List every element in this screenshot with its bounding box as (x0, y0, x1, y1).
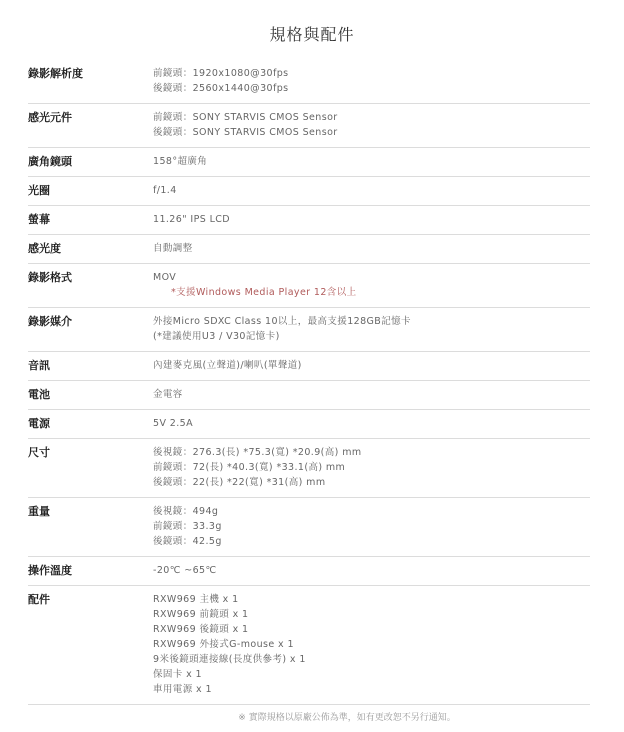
spec-values: MOV *支援Windows Media Player 12含以上 (153, 270, 590, 300)
spec-label: 重量 (28, 504, 153, 549)
spec-value: 前鏡頭：1920x1080@30fps (153, 66, 590, 81)
spec-label: 尺寸 (28, 445, 153, 490)
spec-label: 光圈 (28, 183, 153, 198)
spec-row-accessories: 配件 RXW969 主機 x 1 RXW969 前鏡頭 x 1 RXW969 後… (28, 586, 590, 705)
spec-row-weight: 重量 後視鏡：494g 前鏡頭：33.3g 後鏡頭：42.5g (28, 498, 590, 557)
spec-value: RXW969 外接式G-mouse x 1 (153, 637, 590, 652)
spec-values: -20℃ ~65℃ (153, 563, 590, 578)
spec-value: 158°超廣角 (153, 154, 590, 169)
spec-value: RXW969 主機 x 1 (153, 592, 590, 607)
spec-note: *支援Windows Media Player 12含以上 (153, 285, 590, 300)
spec-value: RXW969 後鏡頭 x 1 (153, 622, 590, 637)
spec-values: 前鏡頭：SONY STARVIS CMOS Sensor 後鏡頭：SONY ST… (153, 110, 590, 140)
spec-value: 5V 2.5A (153, 416, 590, 431)
spec-values: 前鏡頭：1920x1080@30fps 後鏡頭：2560x1440@30fps (153, 66, 590, 96)
spec-value: 金電容 (153, 387, 590, 402)
spec-value: 後鏡頭：SONY STARVIS CMOS Sensor (153, 125, 590, 140)
spec-label: 操作溫度 (28, 563, 153, 578)
spec-value: 前鏡頭：SONY STARVIS CMOS Sensor (153, 110, 590, 125)
spec-row-temperature: 操作溫度 -20℃ ~65℃ (28, 557, 590, 586)
spec-row-screen: 螢幕 11.26" IPS LCD (28, 206, 590, 235)
spec-label: 感光元件 (28, 110, 153, 140)
spec-values: 金電容 (153, 387, 590, 402)
spec-value: 後視鏡：276.3(長) *75.3(寬) *20.9(高) mm (153, 445, 590, 460)
spec-row-battery: 電池 金電容 (28, 381, 590, 410)
spec-row-audio: 音訊 內建麥克風(立聲道)/喇叭(單聲道) (28, 352, 590, 381)
spec-label: 感光度 (28, 241, 153, 256)
spec-value: (*建議使用U3 / V30記憶卡) (153, 329, 590, 344)
spec-value: 前鏡頭：72(長) *40.3(寬) *33.1(高) mm (153, 460, 590, 475)
spec-table: 錄影解析度 前鏡頭：1920x1080@30fps 後鏡頭：2560x1440@… (28, 60, 590, 705)
spec-values: RXW969 主機 x 1 RXW969 前鏡頭 x 1 RXW969 後鏡頭 … (153, 592, 590, 697)
spec-label: 錄影解析度 (28, 66, 153, 96)
spec-label: 錄影格式 (28, 270, 153, 300)
spec-value: 後視鏡：494g (153, 504, 590, 519)
spec-values: 外接Micro SDXC Class 10以上，最高支援128GB記憶卡 (*建… (153, 314, 590, 344)
spec-values: 後視鏡：276.3(長) *75.3(寬) *20.9(高) mm 前鏡頭：72… (153, 445, 590, 490)
spec-values: 158°超廣角 (153, 154, 590, 169)
spec-value: 後鏡頭：22(長) *22(寬) *31(高) mm (153, 475, 590, 490)
spec-value: RXW969 前鏡頭 x 1 (153, 607, 590, 622)
spec-values: 自動調整 (153, 241, 590, 256)
spec-label: 錄影媒介 (28, 314, 153, 344)
spec-value: f/1.4 (153, 183, 590, 198)
spec-value: 9米後鏡頭連接線(長度供參考) x 1 (153, 652, 590, 667)
spec-row-resolution: 錄影解析度 前鏡頭：1920x1080@30fps 後鏡頭：2560x1440@… (28, 60, 590, 104)
spec-label: 電源 (28, 416, 153, 431)
spec-label: 配件 (28, 592, 153, 697)
spec-label: 螢幕 (28, 212, 153, 227)
spec-values: 5V 2.5A (153, 416, 590, 431)
spec-value: 自動調整 (153, 241, 590, 256)
spec-value: 前鏡頭：33.3g (153, 519, 590, 534)
spec-row-aperture: 光圈 f/1.4 (28, 177, 590, 206)
spec-label: 廣角鏡頭 (28, 154, 153, 169)
spec-label: 音訊 (28, 358, 153, 373)
spec-row-iso: 感光度 自動調整 (28, 235, 590, 264)
spec-value: 11.26" IPS LCD (153, 212, 590, 227)
page-title: 規格與配件 (0, 22, 624, 45)
spec-value: 後鏡頭：2560x1440@30fps (153, 81, 590, 96)
spec-value: 保固卡 x 1 (153, 667, 590, 682)
spec-value: -20℃ ~65℃ (153, 563, 590, 578)
spec-label: 電池 (28, 387, 153, 402)
spec-value: 後鏡頭：42.5g (153, 534, 590, 549)
spec-row-format: 錄影格式 MOV *支援Windows Media Player 12含以上 (28, 264, 590, 308)
spec-value: 內建麥克風(立聲道)/喇叭(單聲道) (153, 358, 590, 373)
spec-value: 外接Micro SDXC Class 10以上，最高支援128GB記憶卡 (153, 314, 590, 329)
spec-values: 後視鏡：494g 前鏡頭：33.3g 後鏡頭：42.5g (153, 504, 590, 549)
spec-row-wide-angle: 廣角鏡頭 158°超廣角 (28, 148, 590, 177)
disclaimer-footer: ※ 實際規格以原廠公佈為準，如有更改恕不另行通知。 (0, 710, 624, 723)
spec-values: f/1.4 (153, 183, 590, 198)
spec-value: MOV (153, 270, 590, 285)
spec-values: 11.26" IPS LCD (153, 212, 590, 227)
spec-row-sensor: 感光元件 前鏡頭：SONY STARVIS CMOS Sensor 後鏡頭：SO… (28, 104, 590, 148)
spec-values: 內建麥克風(立聲道)/喇叭(單聲道) (153, 358, 590, 373)
spec-row-dimensions: 尺寸 後視鏡：276.3(長) *75.3(寬) *20.9(高) mm 前鏡頭… (28, 439, 590, 498)
spec-row-power: 電源 5V 2.5A (28, 410, 590, 439)
spec-value: 車用電源 x 1 (153, 682, 590, 697)
spec-row-media: 錄影媒介 外接Micro SDXC Class 10以上，最高支援128GB記憶… (28, 308, 590, 352)
